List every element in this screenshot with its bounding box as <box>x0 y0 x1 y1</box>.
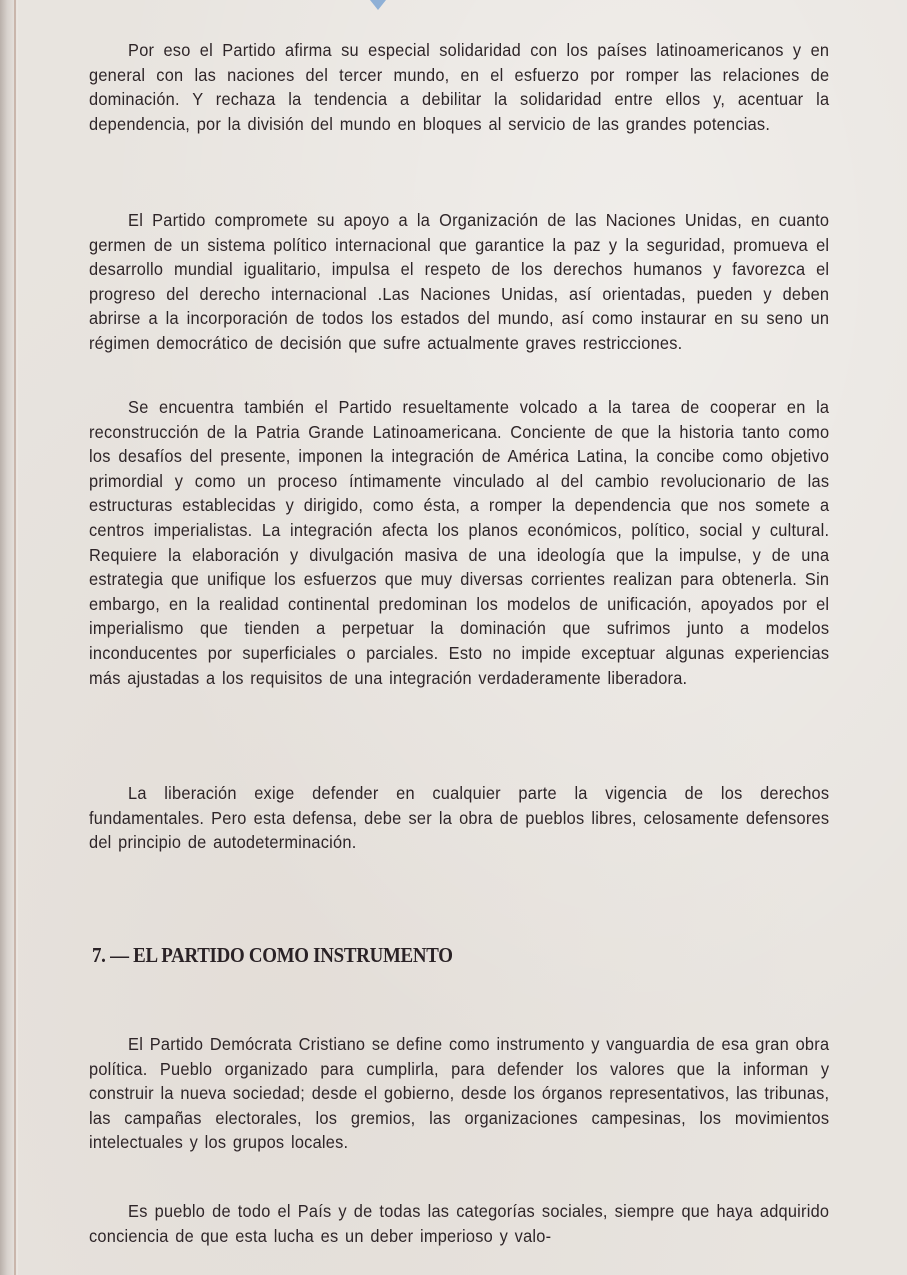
section-heading: 7. — EL PARTIDO COMO INSTRUMENTO <box>92 943 453 968</box>
paragraph-liberacion: La liberación exige defender en cualquie… <box>89 781 829 855</box>
paragraph-naciones-unidas: El Partido compromete su apoyo a la Orga… <box>89 208 829 356</box>
scanned-page: Por eso el Partido afirma su especial so… <box>0 0 907 1275</box>
paragraph-instrumento: El Partido Demócrata Cristiano se define… <box>89 1032 829 1155</box>
paragraph-solidaridad: Por eso el Partido afirma su especial so… <box>89 38 829 136</box>
paragraph-integracion-latinoamericana: Se encuentra también el Partido resuelta… <box>89 395 829 690</box>
binding-staple-line <box>14 0 16 1275</box>
blue-tab-marker-icon <box>370 0 386 10</box>
paragraph-pueblo: Es pueblo de todo el País y de todas las… <box>89 1199 829 1248</box>
